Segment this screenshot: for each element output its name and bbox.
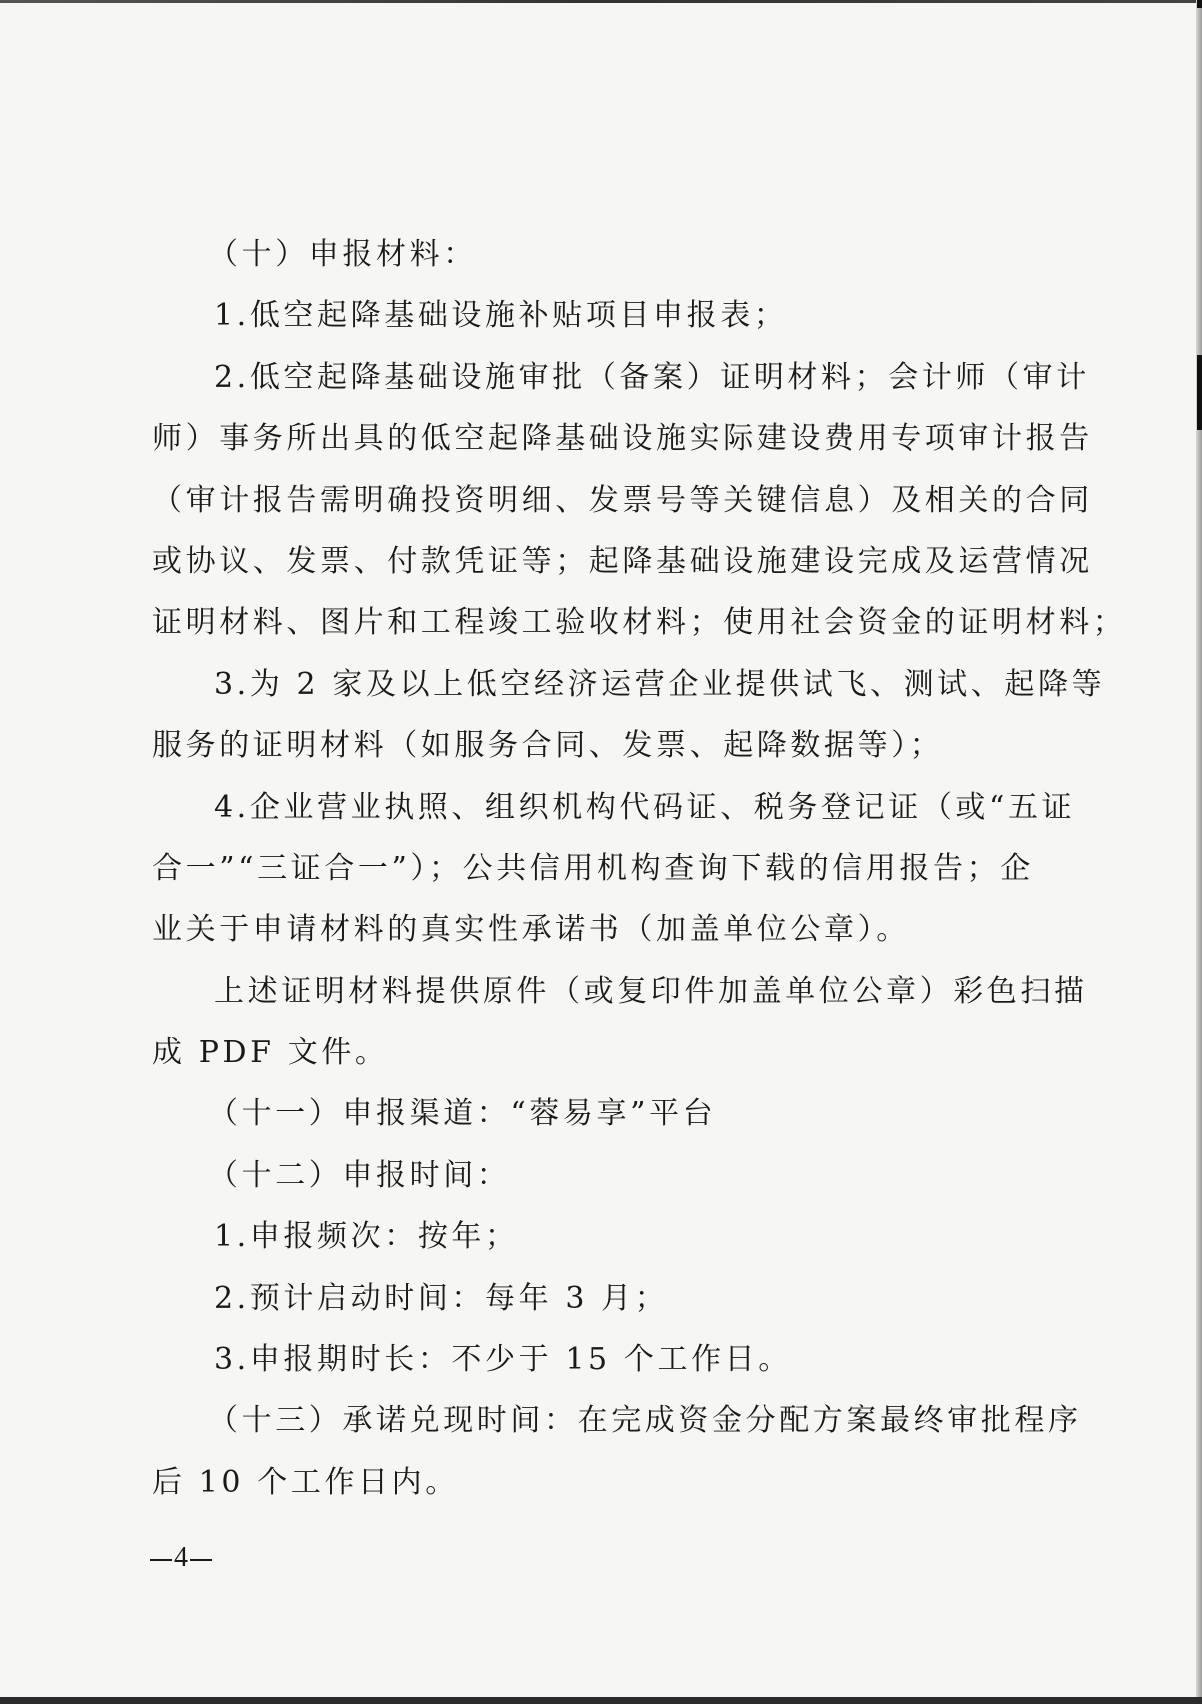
list-item: 3.申报期时长：不少于 15 个工作日。 [152,1329,1036,1390]
scanned-document-page: （十）申报材料： 1.低空起降基础设施补贴项目申报表； 2.低空起降基础设施审批… [0,0,1202,1704]
list-item: 3.为 2 家及以上低空经济运营企业提供试飞、测试、起降等 [152,654,1036,715]
scan-bottom-edge [0,1697,1202,1704]
page-number-dash-left [150,1559,172,1561]
paragraph-continuation: 成 PDF 文件。 [152,1022,1036,1083]
section-heading-materials: （十）申报材料： [152,224,1036,285]
page-number-dash-right [190,1559,212,1561]
list-item-continuation: 合一”“三证合一”）；公共信用机构查询下载的信用报告；企 [152,838,1036,899]
list-item: 2.低空起降基础设施审批（备案）证明材料；会计师（审计 [152,347,1036,408]
scan-edge-mark [1197,0,1202,8]
list-item-continuation: 师）事务所出具的低空起降基础设施实际建设费用专项审计报告 [152,408,1036,469]
paragraph: 上述证明材料提供原件（或复印件加盖单位公章）彩色扫描 [152,961,1036,1022]
list-item: 1.申报频次：按年； [152,1206,1036,1267]
page-number-value: 4 [172,1542,190,1574]
scan-right-edge [1196,0,1202,1704]
list-item-continuation: 或协议、发票、付款凭证等；起降基础设施建设完成及运营情况 [152,531,1036,592]
section-heading-time: （十二）申报时间： [152,1145,1036,1206]
page-number: 4 [150,1542,212,1574]
section-heading-channel: （十一）申报渠道：“蓉易享”平台 [152,1083,1036,1144]
list-item-continuation: 服务的证明材料（如服务合同、发票、起降数据等）； [152,715,1036,776]
list-item: 1.低空起降基础设施补贴项目申报表； [152,285,1036,346]
list-item-continuation: （审计报告需明确投资明细、发票号等关键信息）及相关的合同 [152,470,1036,531]
list-item: 2.预计启动时间：每年 3 月； [152,1268,1036,1329]
list-item-continuation: 业关于申请材料的真实性承诺书（加盖单位公章）。 [152,899,1036,960]
document-body: （十）申报材料： 1.低空起降基础设施补贴项目申报表； 2.低空起降基础设施审批… [152,224,1036,1513]
scan-edge-mark [1197,355,1202,430]
list-item-continuation: 证明材料、图片和工程竣工验收材料；使用社会资金的证明材料； [152,592,1036,653]
paragraph-continuation: 后 10 个工作日内。 [152,1452,1036,1513]
list-item: 4.企业营业执照、组织机构代码证、税务登记证（或“五证 [152,777,1036,838]
section-heading-fulfillment: （十三）承诺兑现时间：在完成资金分配方案最终审批程序 [152,1390,1036,1451]
scan-top-edge [0,0,1202,3]
